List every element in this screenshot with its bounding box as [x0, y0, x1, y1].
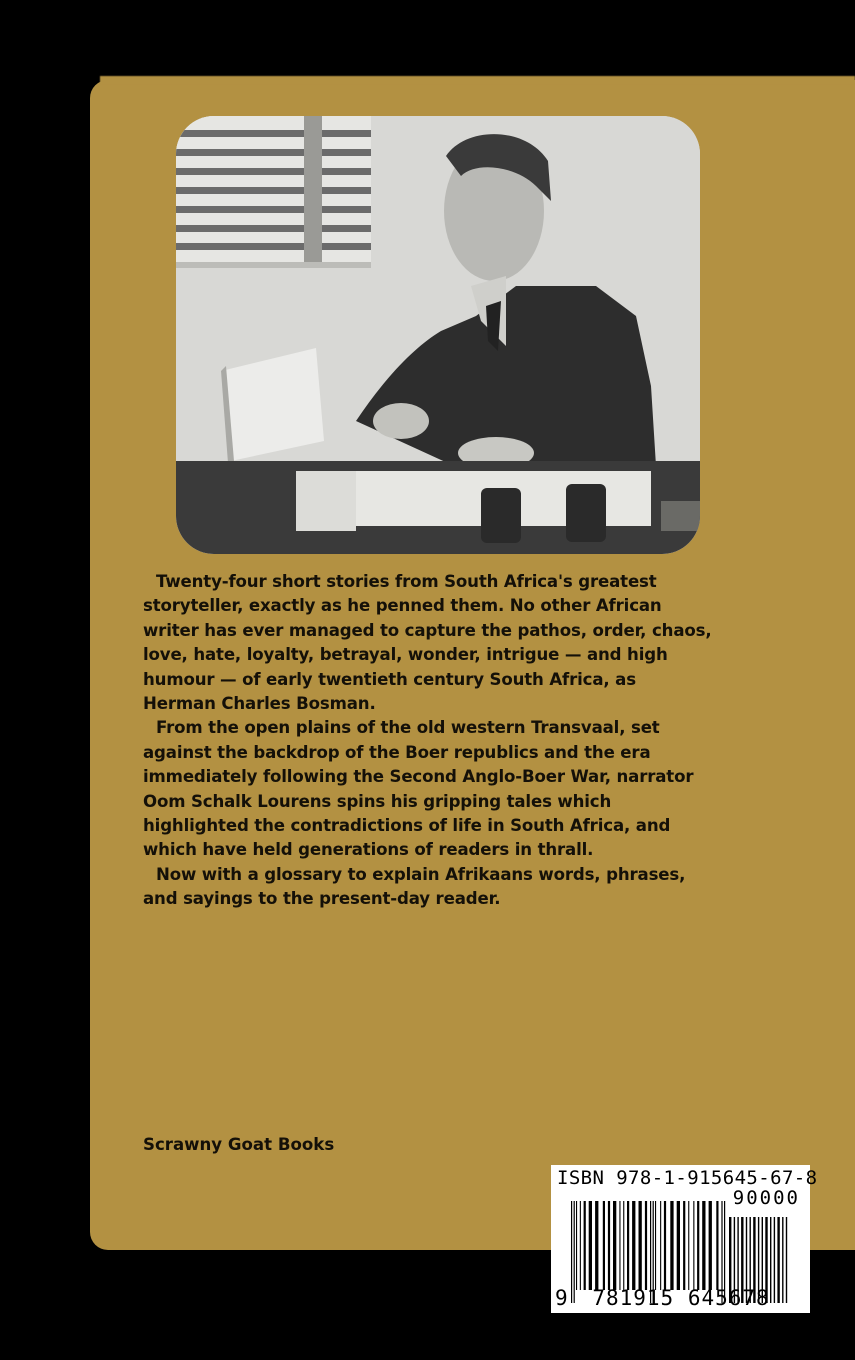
- blurb-line: writer has ever managed to capture the p…: [143, 619, 823, 643]
- window-blinds: [176, 116, 371, 268]
- cover-panel-edge: [100, 76, 855, 84]
- isbn-barcode: ISBN 978-1-915645-67-8 90000 9 781915 64…: [551, 1165, 810, 1313]
- barcode-digits: 9 781915 645678: [555, 1286, 770, 1310]
- blurb-line: immediately following the Second Anglo-B…: [143, 765, 823, 789]
- blurb-line: From the open plains of the old western …: [143, 716, 823, 740]
- barcode-first-digit: 9: [555, 1286, 569, 1310]
- author-photo-illustration: [176, 116, 700, 554]
- blurb-line: Herman Charles Bosman.: [143, 692, 823, 716]
- blurb-paragraph-3: Now with a glossary to explain Afrikaans…: [143, 863, 823, 912]
- blurb-line: and sayings to the present-day reader.: [143, 887, 823, 911]
- author-photo: [176, 116, 700, 554]
- publisher-name: Scrawny Goat Books: [143, 1135, 334, 1154]
- blurb-line: highlighted the contradictions of life i…: [143, 814, 823, 838]
- book-blurb: Twenty-four short stories from South Afr…: [143, 570, 823, 912]
- blurb-line: storyteller, exactly as he penned them. …: [143, 594, 823, 618]
- blurb-paragraph-1: Twenty-four short stories from South Afr…: [143, 570, 823, 716]
- barcode-main-digits: 781915 645678: [592, 1286, 769, 1310]
- blurb-line: Now with a glossary to explain Afrikaans…: [143, 863, 823, 887]
- blurb-line: Oom Schalk Lourens spins his gripping ta…: [143, 790, 823, 814]
- blurb-paragraph-2: From the open plains of the old western …: [143, 716, 823, 862]
- blurb-line: humour — of early twentieth century Sout…: [143, 668, 823, 692]
- blurb-line: against the backdrop of the Boer republi…: [143, 741, 823, 765]
- blurb-line: which have held generations of readers i…: [143, 838, 823, 862]
- blurb-line: Twenty-four short stories from South Afr…: [143, 570, 823, 594]
- blurb-line: love, hate, loyalty, betrayal, wonder, i…: [143, 643, 823, 667]
